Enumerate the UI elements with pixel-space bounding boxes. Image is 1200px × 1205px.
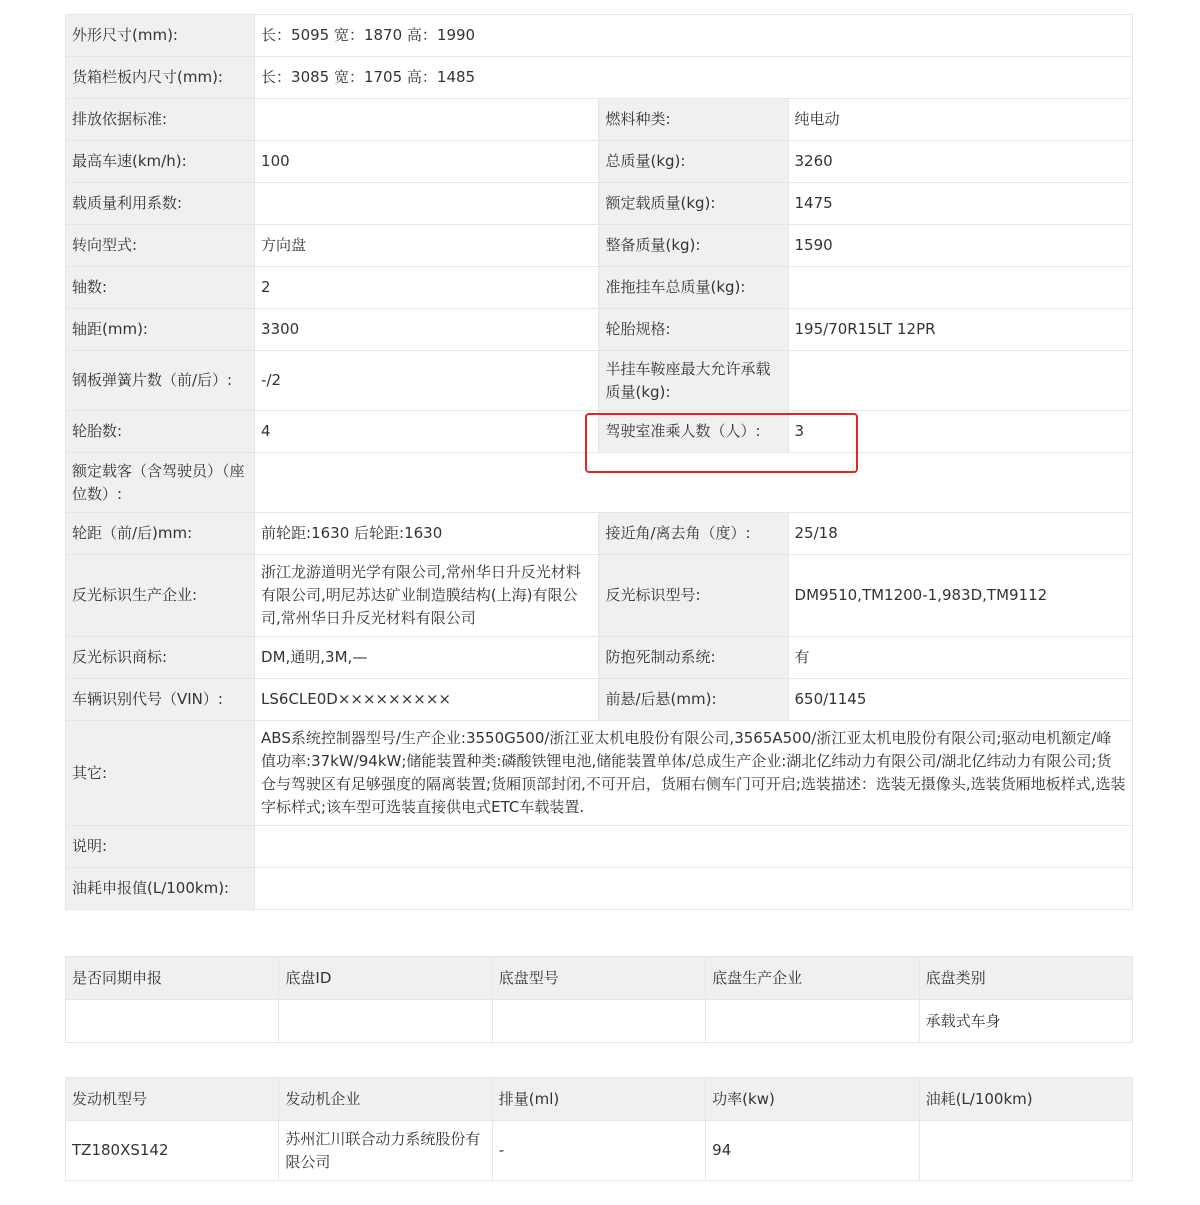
spec-value: 纯电动 (788, 99, 1132, 141)
spec-label: 整备质量(kg): (599, 225, 788, 267)
table-row: 其它: ABS系统控制器型号/生产企业:3550G500/浙江亚太机电股份有限公… (66, 721, 1133, 826)
spec-label: 钢板弹簧片数（前/后）: (66, 351, 255, 411)
column-header: 底盘ID (279, 957, 492, 1000)
table-cell: 94 (706, 1121, 919, 1181)
spec-label: 轮胎规格: (599, 309, 788, 351)
chassis-table: 是否同期申报 底盘ID 底盘型号 底盘生产企业 底盘类别 承载式车身 (65, 956, 1133, 1043)
dimensions-label: 外形尺寸(mm): (66, 15, 255, 57)
spec-value (788, 267, 1132, 309)
spec-value: DM9510,TM1200-1,983D,TM9112 (788, 555, 1132, 637)
spec-value: 有 (788, 637, 1132, 679)
spec-label: 反光标识商标: (66, 637, 255, 679)
spec-value: 方向盘 (255, 225, 599, 267)
spec-label: 转向型式: (66, 225, 255, 267)
spec-value: 3300 (255, 309, 599, 351)
spec-label: 燃料种类: (599, 99, 788, 141)
table-header-row: 是否同期申报 底盘ID 底盘型号 底盘生产企业 底盘类别 (66, 957, 1133, 1000)
fuel-label: 油耗申报值(L/100km): (66, 868, 255, 910)
spec-value: 100 (255, 141, 599, 183)
spec-value: DM,通明,3M,— (255, 637, 599, 679)
spec-label: 轮距（前/后)mm: (66, 513, 255, 555)
spec-label: 反光标识型号: (599, 555, 788, 637)
spec-value: 650/1145 (788, 679, 1132, 721)
spec-value: LS6CLE0D××××××××× (255, 679, 599, 721)
engine-table: 发动机型号 发动机企业 排量(ml) 功率(kw) 油耗(L/100km) TZ… (65, 1077, 1133, 1181)
dimensions-value: 长：5095 宽：1870 高：1990 (255, 15, 1133, 57)
table-row: 轮距（前/后)mm: 前轮距:1630 后轮距:1630 接近角/离去角（度）:… (66, 513, 1133, 555)
table-cell (279, 1000, 492, 1043)
spec-label: 准拖挂车总质量(kg): (599, 267, 788, 309)
table-cell: TZ180XS142 (66, 1121, 279, 1181)
spec-value: 前轮距:1630 后轮距:1630 (255, 513, 599, 555)
table-cell: - (492, 1121, 705, 1181)
column-header: 功率(kw) (706, 1078, 919, 1121)
table-row: 承载式车身 (66, 1000, 1133, 1043)
seats-value (255, 453, 1133, 513)
spec-value: 25/18 (788, 513, 1132, 555)
column-header: 底盘类别 (919, 957, 1132, 1000)
spec-value (255, 183, 599, 225)
other-label: 其它: (66, 721, 255, 826)
spec-value (788, 351, 1132, 411)
spec-value: 4 (255, 411, 599, 453)
spec-value: 195/70R15LT 12PR (788, 309, 1132, 351)
table-row: 钢板弹簧片数（前/后）: -/2 半挂车鞍座最大允许承载质量(kg): (66, 351, 1133, 411)
table-row: 说明: (66, 826, 1133, 868)
spec-value: 2 (255, 267, 599, 309)
column-header: 发动机企业 (279, 1078, 492, 1121)
spec-label: 前悬/后悬(mm): (599, 679, 788, 721)
spec-label: 最高车速(km/h): (66, 141, 255, 183)
table-cell: 苏州汇川联合动力系统股份有限公司 (279, 1121, 492, 1181)
table-header-row: 发动机型号 发动机企业 排量(ml) 功率(kw) 油耗(L/100km) (66, 1078, 1133, 1121)
table-row: 转向型式: 方向盘 整备质量(kg): 1590 (66, 225, 1133, 267)
table-row: TZ180XS142 苏州汇川联合动力系统股份有限公司 - 94 (66, 1121, 1133, 1181)
spec-label: 防抱死制动系统: (599, 637, 788, 679)
cargo-dimensions-value: 长：3085 宽：1705 高：1485 (255, 57, 1133, 99)
table-row: 轴距(mm): 3300 轮胎规格: 195/70R15LT 12PR (66, 309, 1133, 351)
cab-occupancy-value: 3 (788, 411, 1132, 453)
table-row: 轴数: 2 准拖挂车总质量(kg): (66, 267, 1133, 309)
table-row: 轮胎数: 4 驾驶室准乘人数（人）: 3 (66, 411, 1133, 453)
table-row: 外形尺寸(mm): 长：5095 宽：1870 高：1990 (66, 15, 1133, 57)
spec-label: 载质量利用系数: (66, 183, 255, 225)
column-header: 发动机型号 (66, 1078, 279, 1121)
spec-value: 1590 (788, 225, 1132, 267)
table-row: 排放依据标准: 燃料种类: 纯电动 (66, 99, 1133, 141)
table-row: 反光标识商标: DM,通明,3M,— 防抱死制动系统: 有 (66, 637, 1133, 679)
table-row: 货箱栏板内尺寸(mm): 长：3085 宽：1705 高：1485 (66, 57, 1133, 99)
table-cell (66, 1000, 279, 1043)
column-header: 油耗(L/100km) (919, 1078, 1132, 1121)
spec-label: 反光标识生产企业: (66, 555, 255, 637)
spec-label: 额定载质量(kg): (599, 183, 788, 225)
spec-label: 轴距(mm): (66, 309, 255, 351)
column-header: 底盘生产企业 (706, 957, 919, 1000)
vehicle-spec-table: 外形尺寸(mm): 长：5095 宽：1870 高：1990 货箱栏板内尺寸(m… (65, 14, 1133, 910)
table-cell (919, 1121, 1132, 1181)
table-row: 车辆识别代号（VIN）: LS6CLE0D××××××××× 前悬/后悬(mm)… (66, 679, 1133, 721)
note-value (255, 826, 1133, 868)
column-header: 排量(ml) (492, 1078, 705, 1121)
other-value: ABS系统控制器型号/生产企业:3550G500/浙江亚太机电股份有限公司,35… (255, 721, 1133, 826)
spec-label: 总质量(kg): (599, 141, 788, 183)
spec-value: -/2 (255, 351, 599, 411)
column-header: 底盘型号 (492, 957, 705, 1000)
spec-label: 轮胎数: (66, 411, 255, 453)
table-cell: 承载式车身 (919, 1000, 1132, 1043)
spec-value: 1475 (788, 183, 1132, 225)
cargo-dimensions-label: 货箱栏板内尺寸(mm): (66, 57, 255, 99)
note-label: 说明: (66, 826, 255, 868)
spec-label: 车辆识别代号（VIN）: (66, 679, 255, 721)
table-row: 油耗申报值(L/100km): (66, 868, 1133, 910)
spec-value: 浙江龙游道明光学有限公司,常州华日升反光材料有限公司,明尼苏达矿业制造膜结构(上… (255, 555, 599, 637)
cab-occupancy-label: 驾驶室准乘人数（人）: (599, 411, 788, 453)
column-header: 是否同期申报 (66, 957, 279, 1000)
seats-label: 额定载客（含驾驶员）（座位数）: (66, 453, 255, 513)
spec-label: 排放依据标准: (66, 99, 255, 141)
spec-value: 3260 (788, 141, 1132, 183)
table-row: 额定载客（含驾驶员）（座位数）: (66, 453, 1133, 513)
fuel-value (255, 868, 1133, 910)
table-row: 反光标识生产企业: 浙江龙游道明光学有限公司,常州华日升反光材料有限公司,明尼苏… (66, 555, 1133, 637)
table-row: 最高车速(km/h): 100 总质量(kg): 3260 (66, 141, 1133, 183)
spec-label: 半挂车鞍座最大允许承载质量(kg): (599, 351, 788, 411)
spec-label: 轴数: (66, 267, 255, 309)
table-row: 载质量利用系数: 额定载质量(kg): 1475 (66, 183, 1133, 225)
spec-value (255, 99, 599, 141)
table-cell (706, 1000, 919, 1043)
spec-label: 接近角/离去角（度）: (599, 513, 788, 555)
table-cell (492, 1000, 705, 1043)
